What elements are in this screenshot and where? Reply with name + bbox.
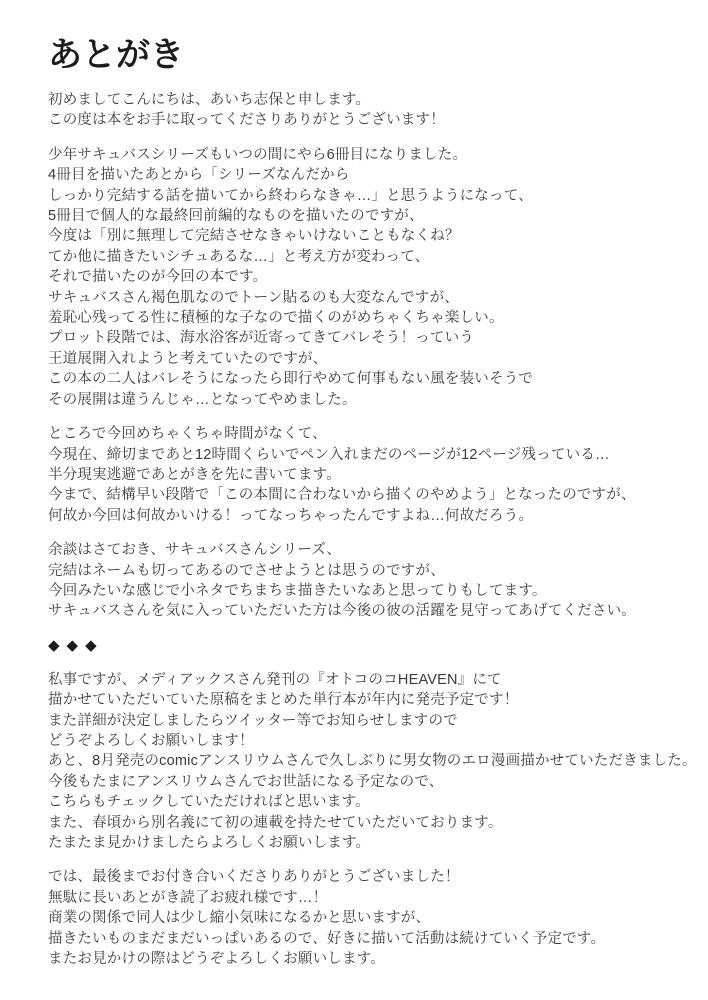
text-line: また、春頃から別名義にて初の連載を持たせていただいております。 xyxy=(48,813,678,833)
text-line: 今後もたまにアンスリウムさんでお世話になる予定なので、 xyxy=(48,772,678,792)
afterword-page: あとがき 初めましてこんにちは、あいち志保と申します。この度は本をお手に取ってく… xyxy=(0,0,708,1000)
text-line: しっかり完結する話を描いてから終わらなきゃ…」と思うようになって、 xyxy=(48,186,678,206)
text-line: 余談はさておき、サキュバスさんシリーズ、 xyxy=(48,540,678,560)
paragraph-1: 少年サキュバスシリーズもいつの間にやら6冊目になりました。4冊目を描いたあとから… xyxy=(48,145,678,410)
text-line: 今度は「別に無理して完結させなきゃいけないこともなくね？ xyxy=(48,226,678,246)
text-line: サキュバスさんを気に入っていただいた方は今後の彼の活躍を見守ってあげてください。 xyxy=(48,601,678,621)
text-line: 無駄に長いあとがき読了お疲れ様です…！ xyxy=(48,888,678,908)
text-line: 商業の関係で同人は少し縮小気味になるかと思いますが、 xyxy=(48,908,678,928)
page-title: あとがき xyxy=(48,34,678,76)
text-line: あと、8月発売のcomicアンスリウムさんで久しぶりに男女物のエロ漫画描かせてい… xyxy=(48,751,678,771)
text-line: たまたま見かけましたらよろしくお願いします。 xyxy=(48,833,678,853)
paragraph-6: では、最後までお付き合いくださりありがとうございました！無駄に長いあとがき読了お… xyxy=(48,867,678,969)
text-line: サキュバスさん褐色肌なのでトーン貼るのも大変なんですが、 xyxy=(48,288,678,308)
text-line: 完結はネームも切ってあるのでさせようとは思うのですが、 xyxy=(48,561,678,581)
paragraph-2: ところで今回めちゃくちゃ時間がなくて、今現在、締切まであと12時間くらいでペン入… xyxy=(48,424,678,526)
text-line: 私事ですが、メディアックスさん発刊の『オトコのコHEAVEN』にて xyxy=(48,670,678,690)
text-line: どうぞよろしくお願いします！ xyxy=(48,731,678,751)
text-line: こちらもチェックしていただければと思います。 xyxy=(48,792,678,812)
text-line: 羞恥心残ってる性に積極的な子なので描くのがめちゃくちゃ楽しい。 xyxy=(48,308,678,328)
text-line: 王道展開入れようと考えていたのですが、 xyxy=(48,349,678,369)
text-line: 今まで、結構早い段階で「この本間に合わないから描くのやめよう」となったのですが、 xyxy=(48,485,678,505)
text-line: 今回みたいな感じで小ネタでちまちま描きたいなあと思ってりもしてます。 xyxy=(48,581,678,601)
text-line: 今現在、締切まであと12時間くらいでペン入れまだのページが12ページ残っている… xyxy=(48,445,678,465)
text-line: では、最後までお付き合いくださりありがとうございました！ xyxy=(48,867,678,887)
afterword-body: 初めましてこんにちは、あいち志保と申します。この度は本をお手に取ってくださりあり… xyxy=(48,90,678,969)
text-line: また詳細が決定しましたらツイッター等でお知らせしますので xyxy=(48,711,678,731)
paragraph-0: 初めましてこんにちは、あいち志保と申します。この度は本をお手に取ってくださりあり… xyxy=(48,90,678,131)
text-line: この度は本をお手に取ってくださりありがとうございます！ xyxy=(48,110,678,130)
text-line: 5冊目で個人的な最終回前編的なものを描いたのですが、 xyxy=(48,206,678,226)
section-divider: ◆◆◆ xyxy=(48,636,678,656)
text-line: その展開は違うんじゃ…となってやめました。 xyxy=(48,390,678,410)
text-line: てか他に描きたいシチュあるな…」と考え方が変わって、 xyxy=(48,247,678,267)
paragraph-3: 余談はさておき、サキュバスさんシリーズ、完結はネームも切ってあるのでさせようとは… xyxy=(48,540,678,622)
text-line: 初めましてこんにちは、あいち志保と申します。 xyxy=(48,90,678,110)
text-line: 少年サキュバスシリーズもいつの間にやら6冊目になりました。 xyxy=(48,145,678,165)
text-line: ところで今回めちゃくちゃ時間がなくて、 xyxy=(48,424,678,444)
text-line: 半分現実逃避であとがきを先に書いてます。 xyxy=(48,465,678,485)
text-line: プロット段階では、海水浴客が近寄ってきてバレそう！っていう xyxy=(48,328,678,348)
paragraph-5: 私事ですが、メディアックスさん発刊の『オトコのコHEAVEN』にて描かせていただ… xyxy=(48,670,678,854)
text-line: またお見かけの際はどうぞよろしくお願いします。 xyxy=(48,949,678,969)
text-line: 何故か今回は何故かいける！ってなっちゃったんですよね…何故だろう。 xyxy=(48,506,678,526)
text-line: それで描いたのが今回の本です。 xyxy=(48,267,678,287)
text-line: 描きたいものまだまだいっぱいあるので、好きに描いて活動は続けていく予定です。 xyxy=(48,929,678,949)
text-line: この本の二人はバレそうになったら即行やめて何事もない風を装いそうで xyxy=(48,369,678,389)
text-line: 4冊目を描いたあとから「シリーズなんだから xyxy=(48,165,678,185)
text-line: 描かせていただいていた原稿をまとめた単行本が年内に発売予定です！ xyxy=(48,690,678,710)
